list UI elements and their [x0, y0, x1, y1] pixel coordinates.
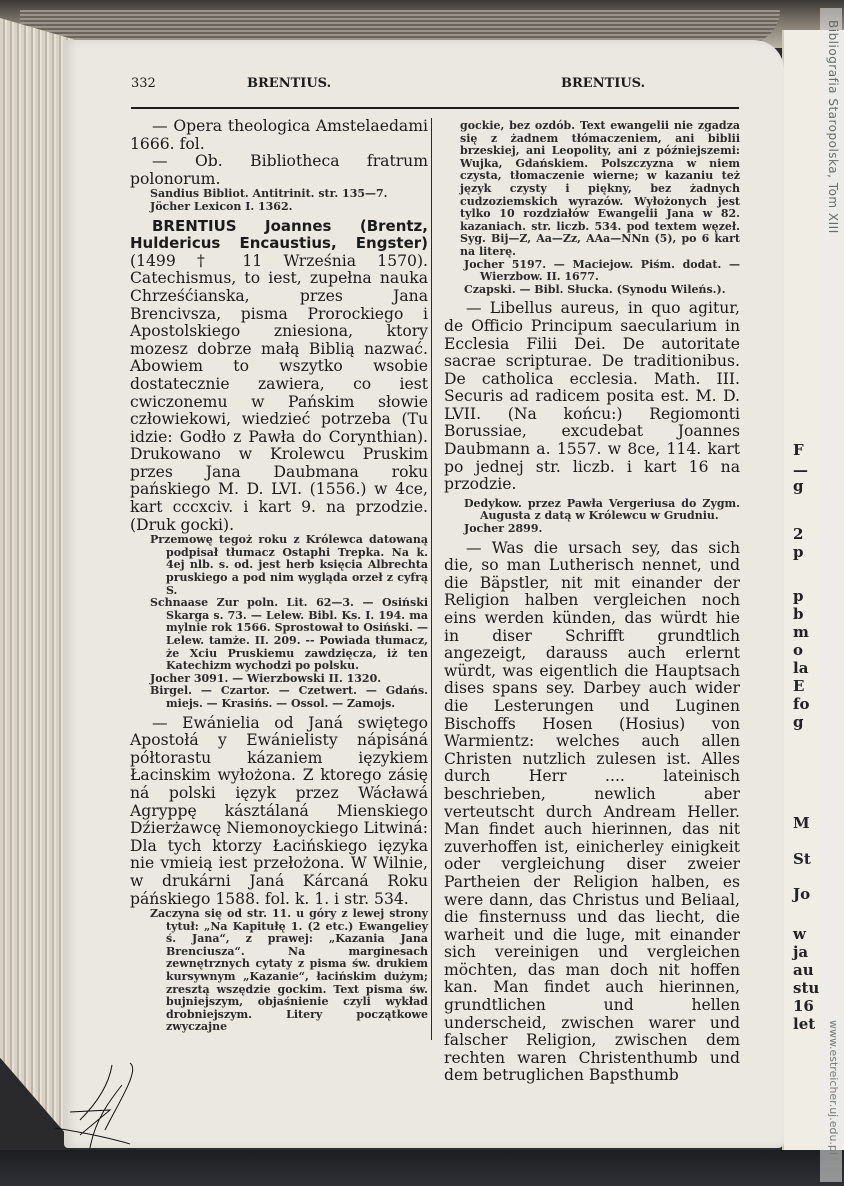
next-page-fragment: let [793, 1016, 815, 1033]
next-page-fragment: b [793, 606, 804, 623]
reference-note: Jocher 2899. [444, 523, 740, 536]
next-page-fragment: F [793, 442, 804, 459]
next-page-fragment: St [793, 851, 811, 868]
running-head-right: BRENTIUS. [561, 76, 645, 91]
reference-note: Jöcher Lexicon I. 1362. [130, 201, 428, 214]
paragraph: — Ob. Bibliotheca fratrum polonorum. [130, 153, 428, 188]
next-page-fragment: la [793, 660, 808, 677]
column-divider [431, 118, 432, 1040]
page-number: 332 [131, 76, 156, 91]
reference-note: Czapski. — Bibl. Słucka. (Synodu Wileńs.… [444, 284, 740, 297]
next-page-fragment: M [793, 815, 810, 832]
next-page-fragment: 2 [793, 526, 803, 543]
reference-note: gockie, bez ozdób. Text ewangelii nie zg… [444, 120, 740, 259]
paragraph: — Was die ursach sey, das sich die, so m… [444, 540, 740, 1085]
paragraph: — Opera theologica Amstelaedami 1666. fo… [130, 118, 428, 153]
right-column: gockie, bez ozdób. Text ewangelii nie zg… [444, 120, 740, 1085]
book-bottom-shadow [0, 1150, 844, 1186]
next-page-fragment: fo [793, 696, 809, 713]
watermark-title: Bibliografia Staropolska, Tom XIII [822, 20, 840, 440]
reference-note: Zaczyna się od str. 11. u góry z lewej s… [130, 908, 428, 1034]
reference-note: Schnaase Zur poln. Lit. 62—3. — Osiński … [130, 597, 428, 673]
next-page-fragment: g [793, 714, 804, 731]
watermark-url: www.estreicher.uj.edu.pl [822, 1020, 840, 1180]
left-column: — Opera theologica Amstelaedami 1666. fo… [130, 118, 428, 1034]
header-rule [131, 107, 739, 109]
next-page-fragment: au [793, 962, 814, 979]
next-page-fragment: 16 [793, 998, 814, 1015]
next-page-fragment: ja [793, 944, 808, 961]
next-page-fragment: g [793, 478, 804, 495]
next-page-fragment: p [793, 588, 804, 605]
reference-note: Przemowę tegoż roku z Królewca datowaną … [130, 534, 428, 597]
next-page-fragment: p [793, 544, 804, 561]
paragraph: — Ewánielia od Janá swiętego Apostołá y … [130, 715, 428, 909]
next-page-fragment: E [793, 678, 804, 695]
entry-body: (1499 † 11 Września 1570). Catechismus, … [130, 252, 428, 534]
next-page-fragment: Jo [793, 886, 810, 903]
running-head-left: BRENTIUS. [247, 76, 331, 91]
book-page-stack-top [20, 10, 780, 44]
entry-heading: BRENTIUS Joannes (Brentz, Huldericus Enc… [130, 217, 428, 253]
reference-note: Dedykow. przez Pawła Vergeriusa do Zygm.… [444, 498, 740, 523]
next-page-fragment: o [793, 642, 803, 659]
reference-note: Birgel. — Czartor. — Czetwert. — Gdańs. … [130, 685, 428, 710]
next-page-fragment: m [793, 624, 809, 641]
paragraph: — Libellus aureus, in quo agitur, de Off… [444, 300, 740, 494]
next-page-fragment: stu [793, 980, 819, 997]
next-page-fragment: w [793, 926, 806, 943]
signature-icon [50, 1060, 150, 1150]
entry: BRENTIUS Joannes (Brentz, Huldericus Enc… [130, 218, 428, 535]
reference-note: Jocher 5197. — Maciejow. Piśm. dodat. — … [444, 259, 740, 284]
running-header: 332 BRENTIUS. BRENTIUS. [131, 76, 741, 96]
